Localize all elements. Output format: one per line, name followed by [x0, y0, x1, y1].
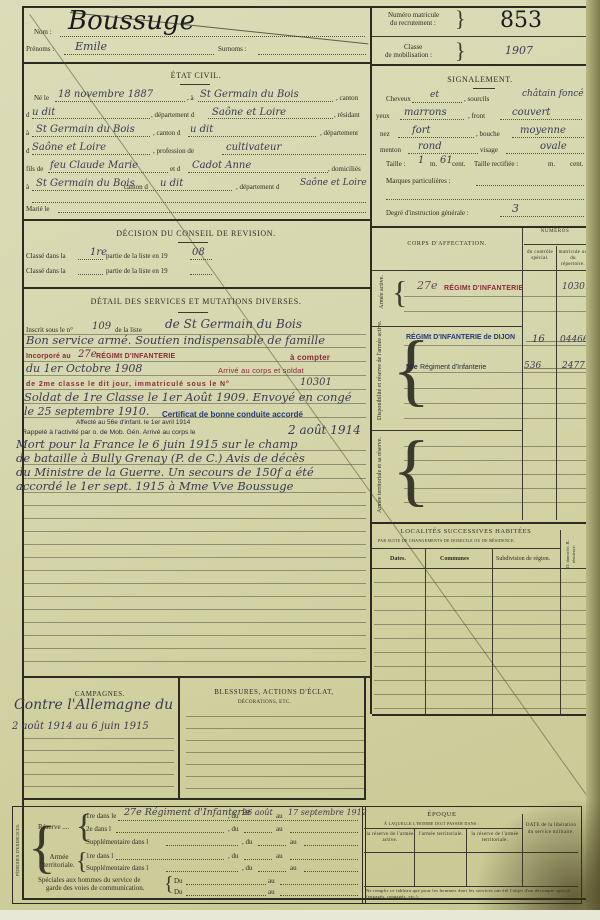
- localites-rule: [374, 582, 586, 583]
- services-underline: [178, 312, 208, 313]
- localites-rule: [374, 694, 586, 695]
- t1-line: [116, 859, 224, 860]
- s2-du-label: Du: [174, 888, 183, 896]
- yeux-line: [400, 119, 464, 120]
- t1-au-label: au: [276, 852, 283, 860]
- campagnes-rule: [24, 738, 174, 739]
- r2-line: [116, 832, 224, 833]
- r1-du-value: 26 août: [242, 808, 273, 817]
- r1-label: 1re dans le: [86, 812, 116, 820]
- taille-m: 1: [418, 155, 424, 166]
- marie-line: [58, 212, 366, 213]
- blessures-rule: [186, 764, 364, 765]
- top-left-divider: [22, 62, 370, 64]
- col-subdivision: Subdivision de région.: [496, 556, 550, 562]
- epoque-col2-divider: [466, 828, 467, 886]
- localites-rule: [374, 652, 586, 653]
- signalement-underline: [473, 88, 495, 89]
- r2-au-line: [290, 832, 358, 833]
- dept2-prefix: d: [26, 147, 30, 155]
- localites-rule: [374, 596, 586, 597]
- corps-title: CORPS D'AFFECTATION.: [372, 241, 522, 247]
- blessures-rule: [186, 788, 364, 789]
- blessures-rule: [186, 740, 364, 741]
- epoque-subtitle: À LAQUELLE L'HOMME DOIT PASSER DANS :: [384, 821, 479, 826]
- classe-value: 1907: [505, 44, 533, 57]
- localites-rule: [374, 624, 586, 625]
- yeux-label: yeux: [376, 112, 390, 120]
- classe-label-2: de mobilisation :: [385, 51, 432, 59]
- s2-du-line: [186, 895, 266, 896]
- services-bottom: [22, 676, 372, 678]
- t-supp-du-line: [258, 871, 286, 872]
- matricule-divider: [372, 36, 588, 37]
- conseil-row1-line: [78, 259, 103, 260]
- blessures-rule: [186, 716, 364, 717]
- canton-label: , canton: [336, 94, 358, 102]
- services-rule: [24, 403, 366, 404]
- services-rule: [24, 334, 366, 335]
- matricule-label-1: Numéro matricule: [388, 11, 439, 19]
- corps-row1-num: 27e: [417, 279, 438, 292]
- t1-label: 1re dans l: [86, 852, 113, 860]
- numeros-underline: [524, 244, 588, 245]
- degre-label: Degré d'instruction générale :: [386, 209, 469, 217]
- liste-value: de St Germain du Bois: [165, 317, 302, 331]
- blessures-rule: [186, 776, 364, 777]
- services-rule: [24, 531, 366, 532]
- visage-line: [506, 153, 584, 154]
- taille-rect-label: Taille rectifiée :: [474, 160, 518, 168]
- taille-rect-m-label: m.: [548, 160, 555, 168]
- services-line10: de bataille à Bully Grenay (P. de C.) Av…: [16, 451, 305, 465]
- localites-header-line: [372, 548, 560, 549]
- services-rule: [24, 417, 366, 418]
- supp-au-label: au: [290, 838, 297, 846]
- row3-strike: [524, 368, 586, 369]
- canton2-line: [188, 136, 316, 137]
- services-line12: accordé le 1er sept. 1915 à Mme Vve Bous…: [16, 479, 293, 493]
- services-rule: [24, 478, 366, 479]
- epoque-col1: la réserve de l'armée active.: [366, 832, 414, 844]
- blessures-rule: [186, 752, 364, 753]
- prenoms-line: [64, 54, 214, 55]
- speciales-label-2: garde des voies de communication.: [46, 884, 145, 892]
- campagnes-rule: [24, 762, 174, 763]
- menton-value: rond: [418, 141, 442, 152]
- r1-au-label: au: [276, 812, 283, 820]
- services-rule: [24, 583, 366, 584]
- signalement-bottom: [372, 226, 588, 228]
- corps-rule: [404, 502, 586, 503]
- services-line11: du Ministre de la Guerre. Un secours de …: [16, 465, 314, 479]
- services-rule: [24, 361, 366, 362]
- r1-line: [118, 820, 358, 821]
- date-incorp: du 1er Octobre 1908: [26, 362, 142, 375]
- t-supp-label: Supplémentaire dans l: [86, 864, 148, 872]
- section-active-brace: {: [392, 276, 407, 308]
- corps-header-bottom: [372, 270, 588, 271]
- taille-rect-cent-label: cent.: [570, 160, 583, 168]
- t1-du-label: , du: [228, 852, 239, 860]
- t-supp-line: [166, 871, 238, 872]
- rappele-value: 2 août 1914: [288, 423, 361, 437]
- conseil-row1-label-b: partie de la liste en 19: [106, 252, 168, 260]
- nom-value: Boussuge: [68, 6, 195, 36]
- departement-value: Saône et Loire: [212, 107, 286, 118]
- departement-label: , département d: [151, 111, 194, 119]
- blessures-rule: [186, 728, 364, 729]
- localites-col-header-line: [372, 568, 588, 569]
- supp-du-label: , du: [242, 838, 253, 846]
- services-rule: [24, 347, 366, 348]
- marques-line-2: [386, 199, 584, 200]
- du-value: u dit: [32, 107, 55, 118]
- corps-row3-controle: 536: [524, 361, 541, 371]
- incorpore-value: 27e: [78, 349, 97, 360]
- cheveux-value: et: [430, 90, 439, 100]
- classe-brace: }: [455, 40, 466, 62]
- taille-m-label: m.: [430, 160, 437, 168]
- departement2-label: , département: [320, 129, 358, 137]
- corps-rule: [404, 446, 586, 447]
- dom-dept-value: Saône et Loire: [300, 178, 367, 188]
- menton-label: menton: [380, 146, 401, 154]
- conseil-row2-year-line: [190, 274, 212, 275]
- prenoms-label: Prénoms :: [26, 45, 54, 53]
- corps-row3-num: 56e: [406, 364, 418, 371]
- nez-line: [398, 137, 474, 138]
- col-communes: Communes: [440, 556, 469, 562]
- s1-au-line: [280, 884, 358, 885]
- page-stain: [470, 800, 600, 920]
- conseil-row1-label-a: Classé dans la: [26, 252, 66, 260]
- t-supp-au-line: [304, 871, 358, 872]
- bouche-value: moyenne: [520, 125, 566, 136]
- r2-du-line: [244, 832, 272, 833]
- degre-value: 3: [512, 202, 519, 215]
- fils-label: fils de: [26, 165, 43, 173]
- registre-matricule-page: Nom : Boussuge Prénoms : Emile Surnoms :…: [0, 0, 600, 920]
- affecte-stamp: Affecté au 56e d'infant. le 1er avril 19…: [76, 419, 190, 426]
- dom-canton-value: u dit: [160, 178, 183, 189]
- t1-du-line: [244, 859, 272, 860]
- localites-rule: [374, 666, 586, 667]
- row2-strike: [526, 341, 586, 342]
- services-rule: [24, 648, 366, 649]
- localites-subtitle: PAR SUITE DE CHANGEMENTS DE DOMICILE OU …: [378, 538, 515, 543]
- classe-label-1: Classe: [404, 43, 422, 51]
- localites-rule: [374, 610, 586, 611]
- visage-label: visage: [480, 146, 498, 154]
- residence-a-label: à: [26, 129, 29, 137]
- nom-line: [60, 36, 365, 37]
- ne-le-value: 18 novembre 1887: [58, 89, 153, 100]
- corps-rule: [404, 403, 586, 404]
- residant-label: , résidant: [334, 111, 360, 119]
- mere-line: [188, 172, 328, 173]
- nez-label: nez: [380, 130, 390, 138]
- top-right-divider: [372, 64, 588, 66]
- col-dates: Dates.: [390, 556, 406, 562]
- services-rule: [24, 622, 366, 623]
- blessures-subtitle: DÉCORATIONS, ETC.: [238, 700, 291, 705]
- services-line9: Mort pour la France le 6 juin 1915 sur l…: [16, 437, 297, 451]
- section-terr-brace: {: [392, 430, 430, 510]
- campagnes-rule: [24, 786, 174, 787]
- section-active-label: Armée active.: [378, 272, 386, 312]
- yeux-value: marrons: [404, 107, 447, 118]
- periodes-side-label: PÉRIODES D'EXERCICES.: [14, 820, 22, 880]
- ne-a-line: [198, 101, 333, 102]
- surnoms-line: [258, 54, 366, 55]
- taille-cent-label: cent.: [452, 160, 465, 168]
- s1-au-label: au: [268, 877, 275, 885]
- domicile-divider: [560, 530, 561, 714]
- dept2-line: [32, 154, 150, 155]
- r2-au-label: au: [276, 825, 283, 833]
- corps-rule: [404, 345, 586, 346]
- immat-value: 10301: [300, 377, 332, 388]
- incorpore-label: Incorporé au: [26, 353, 71, 360]
- services-rule: [24, 609, 366, 610]
- corps-rule: [404, 474, 586, 475]
- dom-line: [32, 190, 232, 191]
- numeros-title: NUMÉROS: [522, 229, 588, 234]
- epoque-col1-divider: [414, 828, 415, 886]
- services-rule: [24, 505, 366, 506]
- dom-dept-label: , département d: [236, 183, 279, 191]
- front-value: couvert: [512, 107, 550, 118]
- r1-au-value: 17 septembre 1912: [288, 808, 367, 817]
- front-label: , front: [468, 112, 485, 120]
- campagnes-rule: [24, 750, 174, 751]
- sourcils-label: , sourcils: [464, 95, 489, 103]
- s1-du-label: Du: [174, 877, 183, 885]
- matricule-value: 853: [500, 8, 542, 33]
- blank-line: [32, 202, 366, 203]
- corps-rule: [404, 460, 586, 461]
- du-line: [32, 118, 150, 119]
- dom-a-label: à: [26, 183, 29, 191]
- services-rule: [24, 464, 366, 465]
- matricule-brace: }: [455, 8, 466, 30]
- canton2-label: , canton d: [153, 129, 180, 137]
- reserve-label: Réserve ....: [38, 823, 69, 831]
- mere-value: Cadot Anne: [192, 160, 251, 171]
- s2-au-line: [280, 895, 358, 896]
- conseil-bottom: [22, 287, 370, 289]
- front-line: [500, 119, 582, 120]
- services-rule: [24, 544, 366, 545]
- residence-line: [32, 136, 150, 137]
- matricule-label-2: du recrutement :: [390, 19, 436, 27]
- inscrit-num: 109: [92, 321, 111, 332]
- col-controle: du contrôle spécial.: [524, 250, 556, 262]
- residence-value: St Germain du Bois: [36, 124, 135, 135]
- section-disponibilite-label: Disponibilité et réserve de l'armée acti…: [376, 328, 384, 420]
- services-rule: [24, 557, 366, 558]
- services-rule: [24, 596, 366, 597]
- dates-divider: [425, 548, 426, 714]
- pere-value: feu Claude Marie: [50, 160, 138, 171]
- r2-label: 2e dans l: [86, 825, 111, 833]
- ne-le-label: Né le: [34, 94, 49, 102]
- conseil-row2-label-a: Classé dans la: [26, 267, 66, 275]
- taille-cm: 61: [440, 155, 453, 166]
- corps-rule: [404, 372, 586, 373]
- canton2-value: u dit: [190, 124, 213, 135]
- services-rule: [24, 518, 366, 519]
- supp-line: [166, 845, 238, 846]
- services-title: DÉTAIL DES SERVICES ET MUTATIONS DIVERSE…: [22, 297, 370, 306]
- t-supp-au-label: au: [290, 864, 297, 872]
- r2-du-label: , du: [228, 825, 239, 833]
- localites-bottom: [372, 714, 588, 716]
- cheveux-label: Cheveux: [386, 95, 411, 103]
- bouche-line: [512, 137, 584, 138]
- corps-rule: [404, 296, 586, 297]
- marie-label: Marié le: [26, 205, 50, 213]
- right-edge-lower: [364, 676, 366, 798]
- corps-row1-corps: RÉGIMt D'INFANTERIE: [444, 285, 523, 292]
- degre-line: [500, 216, 584, 217]
- marques-line: [476, 185, 584, 186]
- services-rule: [24, 570, 366, 571]
- territoriale-label: Armée territoriale.: [38, 853, 80, 869]
- corps-row3-corps: Régiment d'Infanterie: [420, 364, 486, 371]
- services-rule: [24, 661, 366, 662]
- s2-au-label: au: [268, 888, 275, 896]
- conseil-row1-year-line: [190, 259, 212, 260]
- speciales-brace: {: [164, 874, 174, 894]
- marques-label: Marques particulières :: [386, 177, 451, 185]
- services-line2: Bon service armé. Soutien indispensable …: [26, 333, 325, 347]
- page-bottom-edge: [0, 910, 600, 920]
- ne-a-label: , à: [187, 94, 194, 102]
- etat-civil-underline: [180, 84, 210, 85]
- pere-line: [48, 172, 168, 173]
- page-right-edge: [586, 0, 600, 920]
- conseil-row2-line: [78, 274, 103, 275]
- services-rule: [24, 450, 366, 451]
- communes-divider: [492, 548, 493, 714]
- services-rule: [24, 635, 366, 636]
- nez-value: fort: [412, 125, 431, 136]
- ne-a-value: St Germain du Bois: [200, 89, 299, 100]
- bouche-label: , bouche: [476, 130, 500, 138]
- services-rule: [24, 492, 366, 493]
- t1-au-line: [290, 859, 358, 860]
- s1-du-line: [186, 884, 266, 885]
- controle-divider: [556, 246, 557, 520]
- rappele-label: Rappelé à l'activité par o. de Mob. Gén.…: [22, 429, 196, 436]
- dom-value: St Germain du Bois: [36, 178, 135, 189]
- etat-civil-bottom: [22, 219, 370, 221]
- campagnes-line1: Contre l'Allemagne du: [14, 697, 173, 713]
- localites-rule: [374, 680, 586, 681]
- corps-rule: [404, 488, 586, 489]
- ne-le-line: [55, 101, 185, 102]
- et-label: et d: [170, 165, 180, 173]
- corps-rule: [404, 388, 586, 389]
- departement-line: [208, 118, 333, 119]
- supp-label: Supplémentaire dans l: [86, 838, 148, 846]
- corps-rule: [404, 311, 586, 312]
- arrive-label: Arrivé au corps et soldat: [218, 366, 304, 375]
- epoque-col2: l'armée territoriale.: [416, 832, 466, 838]
- campagnes-bottom: [22, 798, 366, 800]
- conseil-title: DÉCISION DU CONSEIL DE REVISION.: [22, 229, 370, 238]
- services-rule: [24, 389, 366, 390]
- left-column-divider: [370, 6, 372, 714]
- corps-rule: [404, 418, 586, 419]
- sourcils-value: châtain foncé: [522, 89, 584, 99]
- corps-row3-matricule: 2477: [562, 361, 585, 371]
- campagnes-rule: [24, 774, 174, 775]
- speciales-label-1: Spéciales aux hommes du service de: [38, 876, 140, 884]
- cheveux-line: [412, 102, 462, 103]
- corps-bottom: [372, 522, 588, 524]
- taille-label: Taille :: [386, 160, 406, 168]
- dept2-value: Saône et Loire: [32, 142, 106, 153]
- corps-row2-corps: RÉGIMt D'INFANTERIE de DIJON: [406, 334, 515, 341]
- classe2-label: de 2me classe le dit jour, immatriculé s…: [26, 381, 230, 388]
- supp-au-line: [304, 845, 358, 846]
- visage-value: ovale: [540, 141, 567, 152]
- t-supp-du-label: , du: [242, 864, 253, 872]
- services-rule: [24, 375, 366, 376]
- profession-line: [222, 154, 366, 155]
- col-matricule: matricule ou du répertoire.: [558, 250, 588, 268]
- campagnes-line2: 2 août 1914 au 6 juin 1915: [12, 721, 149, 732]
- profession-value: cultivateur: [226, 142, 281, 153]
- localites-rule: [374, 708, 586, 709]
- conseil-row1-value: 1re: [90, 247, 107, 258]
- profession-label: , profession de: [153, 147, 194, 155]
- supp-du-line: [258, 845, 286, 846]
- domicilies-label: , domiciliés: [328, 165, 361, 173]
- incorpore-stamp: RÉGIMt D'INFANTERIE: [96, 353, 175, 360]
- conseil-row2-label-b: partie de la liste en 19: [106, 267, 168, 275]
- corps-row2-matricule: 04466: [560, 335, 589, 345]
- prenoms-value: Emile: [75, 40, 107, 53]
- signalement-title: SIGNALEMENT.: [372, 75, 588, 84]
- surnoms-label: Surnoms :: [218, 45, 247, 53]
- blessures-title: BLESSURES, ACTIONS D'ÉCLAT,: [178, 688, 370, 696]
- r1-du-label: , du: [228, 812, 239, 820]
- menton-line: [408, 153, 478, 154]
- localites-rule: [374, 638, 586, 639]
- du-label: d: [26, 111, 30, 119]
- corps-row2-controle: 16: [532, 334, 545, 345]
